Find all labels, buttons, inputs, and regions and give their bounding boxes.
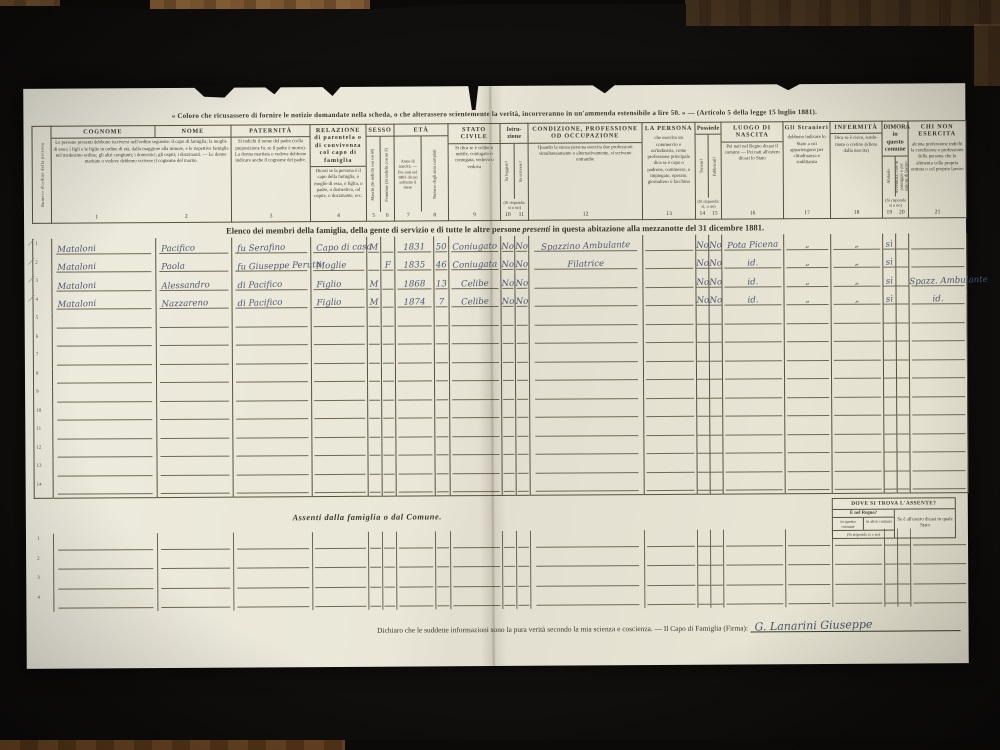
cell-luogo bbox=[722, 327, 784, 346]
cell-stranieri bbox=[784, 363, 831, 382]
cell-nome bbox=[157, 423, 233, 442]
row-number: 4 bbox=[37, 595, 40, 600]
cell-chi_non bbox=[910, 474, 968, 493]
col-number-19: 19 bbox=[883, 209, 896, 218]
istruzione-title: Istru-zione bbox=[501, 124, 528, 144]
paper-tear bbox=[588, 82, 618, 93]
row-number-cell: 2∕ bbox=[33, 257, 52, 276]
cell-f bbox=[381, 311, 395, 330]
dimora-avventizia-label: Avventizia, cioè di passaggio o per ragi… bbox=[895, 156, 908, 196]
handwritten-nome: Nazzareno bbox=[161, 300, 208, 310]
cell-stato bbox=[451, 570, 503, 590]
cell-m bbox=[368, 422, 382, 441]
cell-chi_non bbox=[910, 381, 968, 400]
cell-infermita bbox=[832, 474, 884, 493]
cell-anni bbox=[434, 310, 449, 329]
cell-chi_non: id. bbox=[909, 289, 967, 308]
cell-abituale: sì bbox=[883, 289, 896, 308]
cell-relazione bbox=[312, 477, 368, 496]
cell-m: M bbox=[367, 237, 381, 256]
cell-avventizia bbox=[896, 252, 909, 271]
handwritten-stranieri: „ bbox=[784, 296, 830, 306]
cell-paternita bbox=[233, 532, 312, 552]
cell-anno: 1874 bbox=[395, 292, 434, 311]
cell-relazione bbox=[311, 329, 367, 348]
cell-anni bbox=[435, 440, 450, 459]
cell-scrive bbox=[517, 570, 531, 590]
cell-cognome bbox=[52, 349, 156, 368]
cell-f bbox=[382, 459, 396, 478]
cell-stranieri bbox=[786, 587, 833, 607]
cell-persona bbox=[644, 530, 697, 550]
cell-terreni bbox=[696, 364, 709, 383]
cell-fabbricati bbox=[709, 364, 722, 383]
cell-condizione: Filatrice bbox=[529, 254, 643, 273]
cell-anni: 13 bbox=[434, 273, 449, 292]
handwritten-terreni: No bbox=[696, 241, 708, 250]
cell-m bbox=[369, 551, 383, 571]
cell-condizione bbox=[529, 365, 643, 384]
col-number-21: 21 bbox=[909, 208, 966, 217]
col-istruzione: Istru-zione Sa leggere? Sa scrivere? (Si… bbox=[500, 123, 529, 220]
col-number-13: 13 bbox=[643, 210, 695, 219]
row-number: 11 bbox=[36, 427, 41, 432]
la-persona-title: LA PERSONA bbox=[643, 123, 695, 135]
cell-f bbox=[382, 477, 396, 496]
cell-luogo bbox=[723, 456, 785, 475]
cell-nome: Pacifico bbox=[156, 238, 232, 257]
stranieri-title: Gli Stranieri bbox=[784, 122, 830, 134]
cell-fabbricati bbox=[710, 457, 723, 476]
cell-persona bbox=[643, 346, 696, 365]
cell-luogo: id. bbox=[722, 253, 784, 272]
dimora-title: DIMORA in questo comune bbox=[883, 121, 908, 156]
handwritten-m: M bbox=[367, 280, 380, 289]
cell-chi_non bbox=[911, 567, 969, 587]
row-number: 3 bbox=[35, 279, 38, 284]
cell-relazione bbox=[312, 385, 368, 404]
cell-condizione bbox=[529, 272, 643, 291]
handwritten-cognome: Mataloni bbox=[57, 263, 96, 273]
row-number-cell: 9 bbox=[34, 387, 53, 406]
handwritten-luogo: id. bbox=[722, 259, 783, 269]
cell-paternita: di Pacifico bbox=[232, 293, 311, 312]
cell-abituale bbox=[883, 326, 896, 345]
sesso-title: SESSO bbox=[366, 125, 393, 138]
row-number: 1 bbox=[35, 242, 38, 247]
eta-title: ETÀ bbox=[394, 124, 447, 137]
col-number-7: 7 bbox=[395, 211, 422, 220]
cell-infermita: „ bbox=[831, 289, 883, 308]
relazione-title: RELAZIONE di parentela o di convivenza c… bbox=[310, 125, 365, 168]
cell-luogo: Pota Picena bbox=[722, 234, 784, 253]
cell-cognome bbox=[53, 423, 157, 442]
cell-paternita bbox=[233, 441, 312, 460]
cell-stranieri: „ bbox=[784, 252, 831, 271]
cell-condizione bbox=[530, 402, 644, 421]
row-number-cell: 5 bbox=[33, 313, 52, 332]
cell-stato: Coniugata bbox=[449, 254, 501, 273]
dimora-abituale-label: Abituale bbox=[886, 169, 891, 184]
cell-cognome: Mataloni bbox=[52, 294, 156, 313]
cell-paternita bbox=[233, 404, 312, 423]
handwritten-terreni: No bbox=[696, 260, 708, 269]
cell-cognome bbox=[54, 553, 158, 573]
cell-persona bbox=[643, 235, 696, 254]
row-number: 13 bbox=[37, 464, 42, 469]
cell-fabbricati bbox=[711, 588, 724, 608]
row-number: 9 bbox=[36, 390, 39, 395]
signature-line: G. Lanarini Giuseppe bbox=[751, 616, 961, 632]
fabbricati-label: Fabbricati? bbox=[712, 156, 717, 176]
cell-scrive: No bbox=[515, 254, 529, 273]
cell-scrive bbox=[516, 531, 530, 551]
cell-terreni: No bbox=[696, 235, 709, 254]
handwritten-stranieri: „ bbox=[784, 259, 830, 269]
cell-f bbox=[382, 440, 396, 459]
handwritten-legge: No bbox=[501, 243, 514, 252]
cell-scrive bbox=[517, 550, 531, 570]
handwritten-condizione: Spazzino Ambulante bbox=[529, 241, 642, 253]
cell-stranieri bbox=[785, 400, 832, 419]
cell-legge bbox=[501, 365, 515, 384]
handwritten-fabbricati: No bbox=[709, 241, 721, 250]
cell-infermita bbox=[833, 548, 885, 568]
cell-infermita bbox=[831, 363, 883, 382]
cell-anno bbox=[396, 531, 435, 551]
cell-abituale: sì bbox=[883, 234, 896, 253]
handwritten-paternita: fu Serafino bbox=[237, 244, 285, 254]
cell-legge bbox=[502, 421, 516, 440]
cell-stranieri bbox=[786, 548, 833, 568]
cell-relazione bbox=[311, 348, 367, 367]
cell-luogo bbox=[722, 345, 784, 364]
cell-paternita bbox=[232, 367, 311, 386]
cell-abituale bbox=[883, 308, 896, 327]
cell-paternita: fu Giuseppe Perutti bbox=[232, 256, 311, 275]
handwritten-legge: No bbox=[501, 280, 514, 289]
row-number: 7 bbox=[36, 353, 39, 358]
dove-title: DOVE SI TROVA L'ASSENTE? bbox=[833, 498, 955, 510]
cell-infermita bbox=[832, 382, 884, 401]
handwritten-nome: Pacifico bbox=[161, 244, 195, 254]
cell-luogo: id. bbox=[722, 271, 784, 290]
cell-condizione bbox=[531, 550, 645, 570]
cell-f bbox=[382, 385, 396, 404]
cell-relazione bbox=[312, 459, 368, 478]
cell-cognome bbox=[53, 405, 157, 424]
cell-relazione bbox=[312, 532, 368, 552]
cell-avventizia bbox=[898, 587, 911, 607]
cell-fabbricati bbox=[710, 475, 723, 494]
cell-abituale bbox=[883, 363, 896, 382]
cell-anni bbox=[436, 590, 451, 610]
handwritten-anni: 46 bbox=[434, 262, 448, 271]
cell-stato bbox=[449, 365, 501, 384]
cell-terreni bbox=[697, 420, 710, 439]
cell-persona bbox=[643, 290, 696, 309]
cell-terreni bbox=[696, 346, 709, 365]
cell-stranieri bbox=[785, 419, 832, 438]
cell-cognome bbox=[53, 533, 157, 553]
paternita-note: Si indichi il nome del padre (colla prep… bbox=[232, 138, 310, 213]
cell-anno bbox=[397, 590, 436, 610]
cell-chi_non bbox=[909, 233, 967, 252]
margin-tick: ∕ bbox=[30, 292, 33, 304]
handwritten-relazione: Figlio bbox=[316, 299, 341, 308]
cell-infermita bbox=[831, 326, 883, 345]
cell-scrive bbox=[515, 310, 529, 329]
cell-stato bbox=[451, 589, 503, 609]
row-number: 4 bbox=[36, 297, 39, 302]
row-number-cell: 14 bbox=[34, 479, 53, 498]
absent-section: Assenti dalla famiglia o dal Comune. DOV… bbox=[34, 495, 961, 612]
cell-terreni bbox=[697, 438, 710, 457]
cell-stato bbox=[450, 458, 502, 477]
chi-non-note: alcuna professione indichi la condizione… bbox=[909, 140, 966, 208]
col-infermita: INFERMITÀ Dica se è cieco, sordo-muto o … bbox=[830, 121, 883, 218]
cell-relazione bbox=[311, 366, 367, 385]
cell-f bbox=[381, 329, 395, 348]
cell-persona bbox=[644, 475, 697, 494]
subtitle-emph: presenti bbox=[522, 224, 550, 234]
cell-anno bbox=[395, 310, 434, 329]
handwritten-scrive: No bbox=[515, 280, 528, 289]
row-number-cell: 8 bbox=[33, 368, 52, 387]
cell-anni bbox=[435, 403, 450, 422]
row-number-cell: 1 bbox=[34, 534, 53, 554]
cell-abituale bbox=[885, 587, 898, 607]
col-number-15: 15 bbox=[709, 210, 722, 219]
cell-legge: No bbox=[501, 273, 515, 292]
cell-anno bbox=[397, 570, 436, 590]
cell-nome bbox=[156, 330, 232, 349]
cell-stato: Celibe bbox=[449, 273, 501, 292]
cell-luogo bbox=[723, 529, 785, 549]
cell-legge bbox=[503, 570, 517, 590]
cell-persona bbox=[644, 383, 697, 402]
col-number-6: 6 bbox=[381, 212, 395, 221]
cell-condizione bbox=[529, 328, 643, 347]
cell-scrive bbox=[516, 421, 530, 440]
cell-avventizia bbox=[896, 289, 909, 308]
col-numero-ordine: Numero d'ordine della persona bbox=[32, 126, 52, 223]
cell-relazione: Moglie bbox=[311, 255, 367, 274]
cell-anni bbox=[435, 477, 450, 496]
cell-stranieri: „ bbox=[784, 289, 831, 308]
cell-terreni bbox=[696, 327, 709, 346]
cognome-note: Le persone presenti debbono iscriversi n… bbox=[52, 138, 231, 214]
cell-anno bbox=[396, 384, 435, 403]
cell-f bbox=[382, 532, 396, 552]
handwritten-cognome: Mataloni bbox=[57, 282, 96, 292]
cell-avventizia bbox=[896, 344, 909, 363]
handwritten-fabbricati: No bbox=[709, 297, 721, 306]
cell-stato bbox=[450, 439, 502, 458]
cell-m: M bbox=[367, 274, 381, 293]
handwritten-luogo: id. bbox=[722, 277, 783, 287]
cell-nome bbox=[158, 572, 234, 592]
col-dimora: DIMORA in questo comune Abituale Avventi… bbox=[882, 121, 909, 218]
cell-chi_non bbox=[911, 548, 969, 568]
cell-scrive bbox=[515, 347, 529, 366]
cell-luogo bbox=[724, 568, 786, 588]
istruzione-note: (Si risponda: sì o no) bbox=[501, 198, 528, 210]
cell-f bbox=[381, 366, 395, 385]
cell-m bbox=[368, 403, 382, 422]
numero-ordine-label: Numero d'ordine della persona bbox=[39, 142, 44, 207]
cell-stato: Celibe bbox=[449, 291, 501, 310]
cell-infermita: „ bbox=[831, 271, 883, 290]
cell-abituale bbox=[884, 456, 897, 475]
cell-condizione bbox=[529, 309, 643, 328]
col-number-12: 12 bbox=[529, 210, 642, 220]
handwritten-fabbricati: No bbox=[709, 278, 721, 287]
cell-m bbox=[367, 366, 381, 385]
cell-anno bbox=[397, 551, 436, 571]
sa-leggere-label: Sa leggere? bbox=[505, 161, 510, 181]
handwritten-condizione: Filatrice bbox=[529, 259, 642, 271]
col-sesso: SESSO Maschi (Si indichi con un M) Femmi… bbox=[366, 124, 395, 221]
dimora-note: (Si risponda sì o no) bbox=[883, 196, 908, 208]
cell-stranieri bbox=[785, 437, 832, 456]
cell-relazione bbox=[311, 311, 367, 330]
cell-avventizia bbox=[897, 418, 910, 437]
cell-avventizia bbox=[896, 233, 909, 252]
cell-stato bbox=[451, 550, 503, 570]
possiede-note: (Si risponda: sì, o no) bbox=[696, 197, 721, 209]
cell-anno: 1831 bbox=[395, 236, 434, 255]
handwritten-scrive: No bbox=[515, 261, 528, 270]
cell-m bbox=[368, 459, 382, 478]
col-number-5: 5 bbox=[367, 212, 381, 221]
handwritten-nome: Alessandro bbox=[161, 281, 210, 291]
cell-nome bbox=[157, 441, 233, 460]
cell-paternita bbox=[233, 478, 312, 497]
handwritten-infermita: „ bbox=[831, 258, 882, 268]
margin-tick: ∕ bbox=[30, 255, 33, 267]
handwritten-anni: 50 bbox=[434, 243, 448, 252]
cell-avventizia bbox=[897, 437, 910, 456]
cell-scrive bbox=[516, 439, 530, 458]
cell-fabbricati bbox=[710, 401, 723, 420]
cell-fabbricati bbox=[711, 569, 724, 589]
wood-table-bottom-strip bbox=[0, 740, 345, 750]
cell-persona bbox=[645, 588, 698, 608]
cell-anni bbox=[435, 531, 450, 551]
cell-infermita bbox=[833, 587, 885, 607]
cell-luogo bbox=[723, 438, 785, 457]
handwritten-relazione: Moglie bbox=[316, 262, 346, 272]
cell-legge bbox=[502, 402, 516, 421]
col-eta: ETÀ Anno di nascita. — Pei nati nel 1881… bbox=[394, 124, 449, 221]
cell-scrive bbox=[516, 458, 530, 477]
cell-condizione bbox=[531, 589, 645, 609]
cell-fabbricati bbox=[710, 420, 723, 439]
cell-avventizia bbox=[897, 528, 910, 548]
col-number-2: 2 bbox=[142, 213, 232, 223]
chi-non-title: CHI NON ESERCITA bbox=[909, 121, 966, 140]
cell-f bbox=[383, 590, 397, 610]
possiede-title: Possiede bbox=[696, 123, 721, 136]
cell-scrive bbox=[516, 402, 530, 421]
cell-chi_non bbox=[910, 400, 968, 419]
cell-fabbricati bbox=[709, 327, 722, 346]
handwritten-stato: Celibe bbox=[449, 279, 500, 289]
cell-legge: No bbox=[501, 254, 515, 273]
declaration-line: Dichiaro che le suddette informazioni so… bbox=[377, 616, 960, 635]
cell-persona bbox=[644, 420, 697, 439]
cell-terreni bbox=[697, 457, 710, 476]
paternita-title: PATERNITÀ bbox=[231, 125, 309, 138]
handwritten-anno: 1874 bbox=[395, 298, 433, 308]
cell-abituale: sì bbox=[883, 252, 896, 271]
cell-m bbox=[369, 590, 383, 610]
cell-fabbricati bbox=[710, 530, 723, 550]
row-number-cell: 10 bbox=[34, 405, 53, 424]
cell-legge bbox=[502, 439, 516, 458]
cell-f bbox=[381, 348, 395, 367]
cell-terreni bbox=[697, 530, 710, 550]
cell-persona bbox=[644, 457, 697, 476]
cell-chi_non bbox=[910, 437, 968, 456]
cell-stato bbox=[449, 347, 501, 366]
cell-anni: 7 bbox=[434, 292, 449, 311]
cell-terreni bbox=[698, 569, 711, 589]
handwritten-stato: Coniugata bbox=[449, 261, 500, 271]
col-paternita: PATERNITÀ Si indichi il nome del padre (… bbox=[231, 125, 311, 222]
cell-fabbricati: No bbox=[709, 253, 722, 272]
handwritten-legge: No bbox=[501, 298, 514, 307]
wood-table-top-strip bbox=[150, 0, 370, 9]
cell-paternita bbox=[232, 348, 311, 367]
census-header-table: Numero d'ordine della persona COGNOME NO… bbox=[31, 120, 967, 224]
col-relazione: RELAZIONE di parentela o di convivenza c… bbox=[310, 124, 367, 221]
cell-cognome: Mataloni bbox=[52, 257, 156, 276]
cell-condizione bbox=[530, 476, 644, 496]
handwritten-terreni: No bbox=[696, 297, 708, 306]
row-number-cell: 6 bbox=[33, 331, 52, 350]
luogo-note: Pei nati nel Regno dicasi il comune — Pe… bbox=[722, 142, 783, 209]
cell-infermita bbox=[832, 400, 884, 419]
cell-abituale bbox=[884, 419, 897, 438]
cell-legge bbox=[501, 347, 515, 366]
cell-cognome bbox=[52, 312, 156, 331]
cell-anno: 1835 bbox=[395, 255, 434, 274]
handwritten-scrive: No bbox=[515, 298, 528, 307]
handwritten-terreni: No bbox=[696, 278, 708, 287]
row-number: 2 bbox=[37, 556, 40, 561]
cell-abituale bbox=[884, 474, 897, 493]
cell-abituale bbox=[884, 437, 897, 456]
cell-terreni bbox=[697, 475, 710, 494]
cell-terreni bbox=[698, 549, 711, 569]
cell-chi_non bbox=[909, 326, 967, 345]
cell-infermita bbox=[833, 568, 885, 588]
cell-nome bbox=[157, 460, 233, 479]
cell-luogo: id. bbox=[722, 290, 784, 309]
cell-infermita bbox=[832, 456, 884, 475]
cell-anni bbox=[436, 570, 451, 590]
cognome-title: COGNOME bbox=[51, 126, 154, 138]
handwritten-nome: Paola bbox=[161, 263, 185, 272]
cell-stranieri bbox=[784, 308, 831, 327]
cell-anno bbox=[395, 366, 434, 385]
cell-avventizia bbox=[897, 474, 910, 493]
cell-avventizia bbox=[897, 400, 910, 419]
cell-persona bbox=[643, 253, 696, 272]
cell-infermita bbox=[832, 437, 884, 456]
